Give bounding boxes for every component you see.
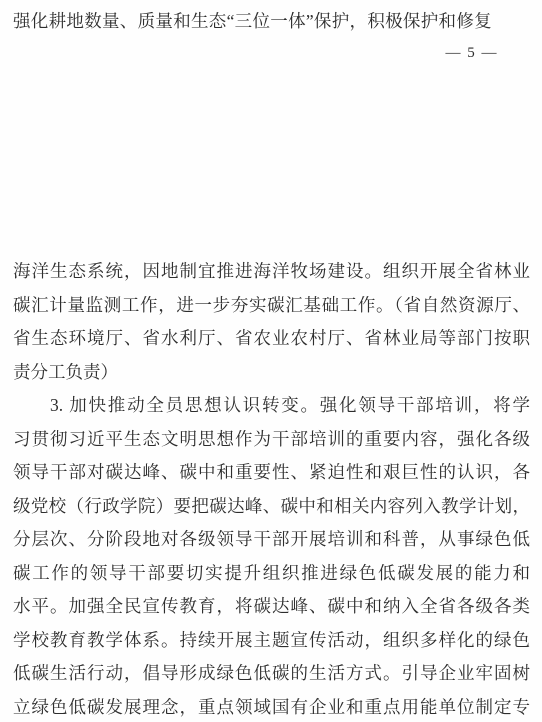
document-line-2: 碳汇计量监测工作，进一步夯实碳汇基础工作。（省自然资源厅、 [13, 289, 530, 323]
document-line-6: 习贯彻习近平生态文明思想作为干部培训的重要内容，强化各级 [13, 423, 530, 457]
document-line-10: 碳工作的领导干部要切实提升组织推进绿色低碳发展的能力和 [13, 557, 530, 591]
top-paragraph-line: 强化耕地数量、质量和生态“三位一体”保护，积极保护和修复 [13, 8, 533, 34]
document-body: 海洋生态系统，因地制宜推进海洋牧场建设。组织开展全省林业碳汇计量监测工作，进一步… [13, 255, 530, 722]
document-line-5: 3. 加快推动全员思想认识转变。强化领导干部培训，将学 [13, 389, 530, 423]
document-line-14: 立绿色低碳发展理念，重点领域国有企业和重点用能单位制定专 [13, 691, 530, 722]
document-page: 强化耕地数量、质量和生态“三位一体”保护，积极保护和修复 — 5 — 海洋生态系… [0, 0, 542, 722]
document-line-7: 领导干部对碳达峰、碳中和重要性、紧迫性和艰巨性的认识，各 [13, 456, 530, 490]
document-line-13: 低碳生活行动，倡导形成绿色低碳的生活方式。引导企业牢固树 [13, 657, 530, 691]
page-number: — 5 — [446, 45, 499, 62]
document-line-12: 学校教育教学体系。持续开展主题宣传活动，组织多样化的绿色 [13, 624, 530, 658]
document-line-1: 海洋生态系统，因地制宜推进海洋牧场建设。组织开展全省林业 [13, 255, 530, 289]
document-line-11: 水平。加强全民宣传教育，将碳达峰、碳中和纳入全省各级各类 [13, 590, 530, 624]
document-line-8: 级党校（行政学院）要把碳达峰、碳中和相关内容列入教学计划， [13, 490, 530, 524]
document-line-3: 省生态环境厅、省水利厅、省农业农村厅、省林业局等部门按职 [13, 322, 530, 356]
document-line-4: 责分工负责） [13, 356, 530, 390]
document-line-9: 分层次、分阶段地对各级领导干部开展培训和科普，从事绿色低 [13, 523, 530, 557]
